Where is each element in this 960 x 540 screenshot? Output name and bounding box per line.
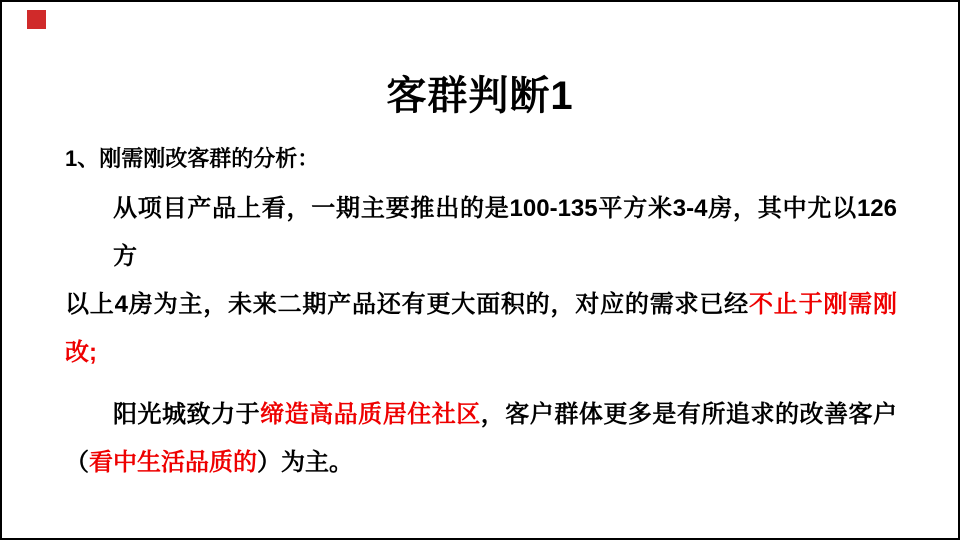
highlight-red-text: 缔造高品质居住社区 bbox=[260, 401, 481, 428]
body-text: 从项目产品上看，一期主要推出的是100-135平方米3-4房，其中尤以126方以… bbox=[65, 185, 897, 487]
text-line: （看中生活品质的）为主。 bbox=[65, 439, 897, 487]
text-line: 从项目产品上看，一期主要推出的是100-135平方米3-4房，其中尤以126方 bbox=[65, 185, 897, 281]
paragraph: 从项目产品上看，一期主要推出的是100-135平方米3-4房，其中尤以126方以… bbox=[65, 185, 897, 377]
text-line: 改; bbox=[65, 329, 897, 377]
body-text-segment: ，客户群体更多是有所追求的改善客户 bbox=[481, 401, 897, 428]
slide-title: 客群判断1 bbox=[2, 72, 958, 120]
accent-square-icon bbox=[27, 10, 46, 29]
body-text-segment: 阳光城致力于 bbox=[113, 401, 260, 428]
highlight-red-text: 不止于刚需刚 bbox=[749, 291, 897, 318]
presentation-slide: 客群判断1 1、刚需刚改客群的分析： 从项目产品上看，一期主要推出的是100-1… bbox=[0, 0, 960, 540]
body-text-segment: ）为主。 bbox=[257, 449, 353, 476]
text-line: 阳光城致力于缔造高品质居住社区，客户群体更多是有所追求的改善客户 bbox=[65, 391, 897, 439]
section-heading: 1、刚需刚改客群的分析： bbox=[65, 144, 319, 174]
body-text-segment: （ bbox=[65, 449, 89, 476]
body-text-segment: 从项目产品上看，一期主要推出的是100-135平方米3-4房，其中尤以126方 bbox=[113, 195, 897, 270]
highlight-red-text: 看中生活品质的 bbox=[89, 449, 257, 476]
highlight-red-text: 改; bbox=[65, 339, 97, 366]
paragraph: 阳光城致力于缔造高品质居住社区，客户群体更多是有所追求的改善客户（看中生活品质的… bbox=[65, 391, 897, 487]
body-text-segment: 以上4房为主，未来二期产品还有更大面积的，对应的需求已经 bbox=[65, 291, 749, 318]
text-line: 以上4房为主，未来二期产品还有更大面积的，对应的需求已经不止于刚需刚 bbox=[65, 281, 897, 329]
